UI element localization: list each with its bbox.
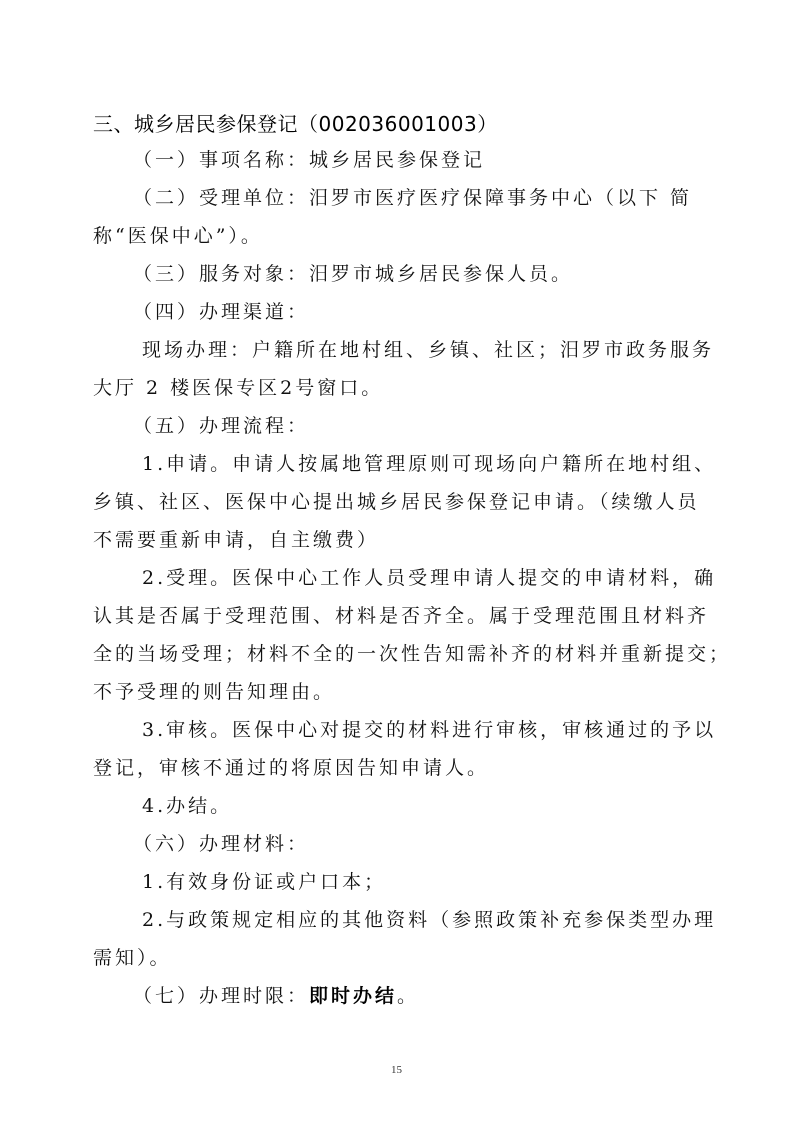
process-step-2-cont: 不予受理的则告知理由。 [0, 680, 793, 704]
process-step-4: 4.办结。 [0, 794, 793, 818]
process-step-1: 1.申请。申请人按属地管理原则可现场向户籍所在地村组、 [0, 452, 793, 476]
process-step-1-cont: 乡镇、社区、医保中心提出城乡居民参保登记申请。（续缴人员 [0, 490, 793, 514]
page-number: 15 [0, 1064, 793, 1076]
material-item-1: 1.有效身份证或户口本； [0, 870, 793, 894]
process-step-3: 3.审核。医保中心对提交的材料进行审核，审核通过的予以 [0, 718, 793, 742]
document-page: 三、城乡居民参保登记（002036001003） （一）事项名称：城乡居民参保登… [0, 0, 793, 1122]
accepting-unit-line: （二）受理单位：汨罗市医疗医疗保障事务中心（以下 简 [0, 186, 793, 210]
process-step-1-cont: 不需要重新申请，自主缴费） [0, 528, 793, 552]
material-item-2: 2.与政策规定相应的其他资料（参照政策补充参保类型办理 [0, 908, 793, 932]
accepting-unit-continued: 称“医保中心”）。 [0, 224, 793, 248]
time-limit-end: 。 [397, 985, 419, 1007]
channels-heading: （四）办理渠道： [0, 300, 793, 324]
onsite-channel-continued: 大厅 2 楼医保专区2号窗口。 [0, 376, 793, 400]
service-target-line: （三）服务对象：汨罗市城乡居民参保人员。 [0, 262, 793, 286]
onsite-channel-line: 现场办理：户籍所在地村组、乡镇、社区；汨罗市政务服务 [0, 338, 793, 362]
process-step-2-cont: 全的当场受理；材料不全的一次性告知需补齐的材料并重新提交； [0, 642, 793, 666]
time-limit-line: （七）办理时限：即时办结。 [0, 984, 793, 1008]
materials-heading: （六）办理材料： [0, 832, 793, 856]
item-name-line: （一）事项名称：城乡居民参保登记 [0, 148, 793, 172]
process-step-2-cont: 认其是否属于受理范围、材料是否齐全。属于受理范围且材料齐 [0, 604, 793, 628]
time-limit-value: 即时办结 [309, 985, 397, 1007]
material-item-2-cont: 需知）。 [0, 946, 793, 970]
time-limit-label: （七）办理时限： [133, 985, 309, 1007]
section-heading: 三、城乡居民参保登记（002036001003） [0, 112, 793, 136]
process-step-3-cont: 登记，审核不通过的将原因告知申请人。 [0, 756, 793, 780]
process-step-2: 2.受理。医保中心工作人员受理申请人提交的申请材料，确 [0, 566, 793, 590]
process-heading: （五）办理流程： [0, 414, 793, 438]
